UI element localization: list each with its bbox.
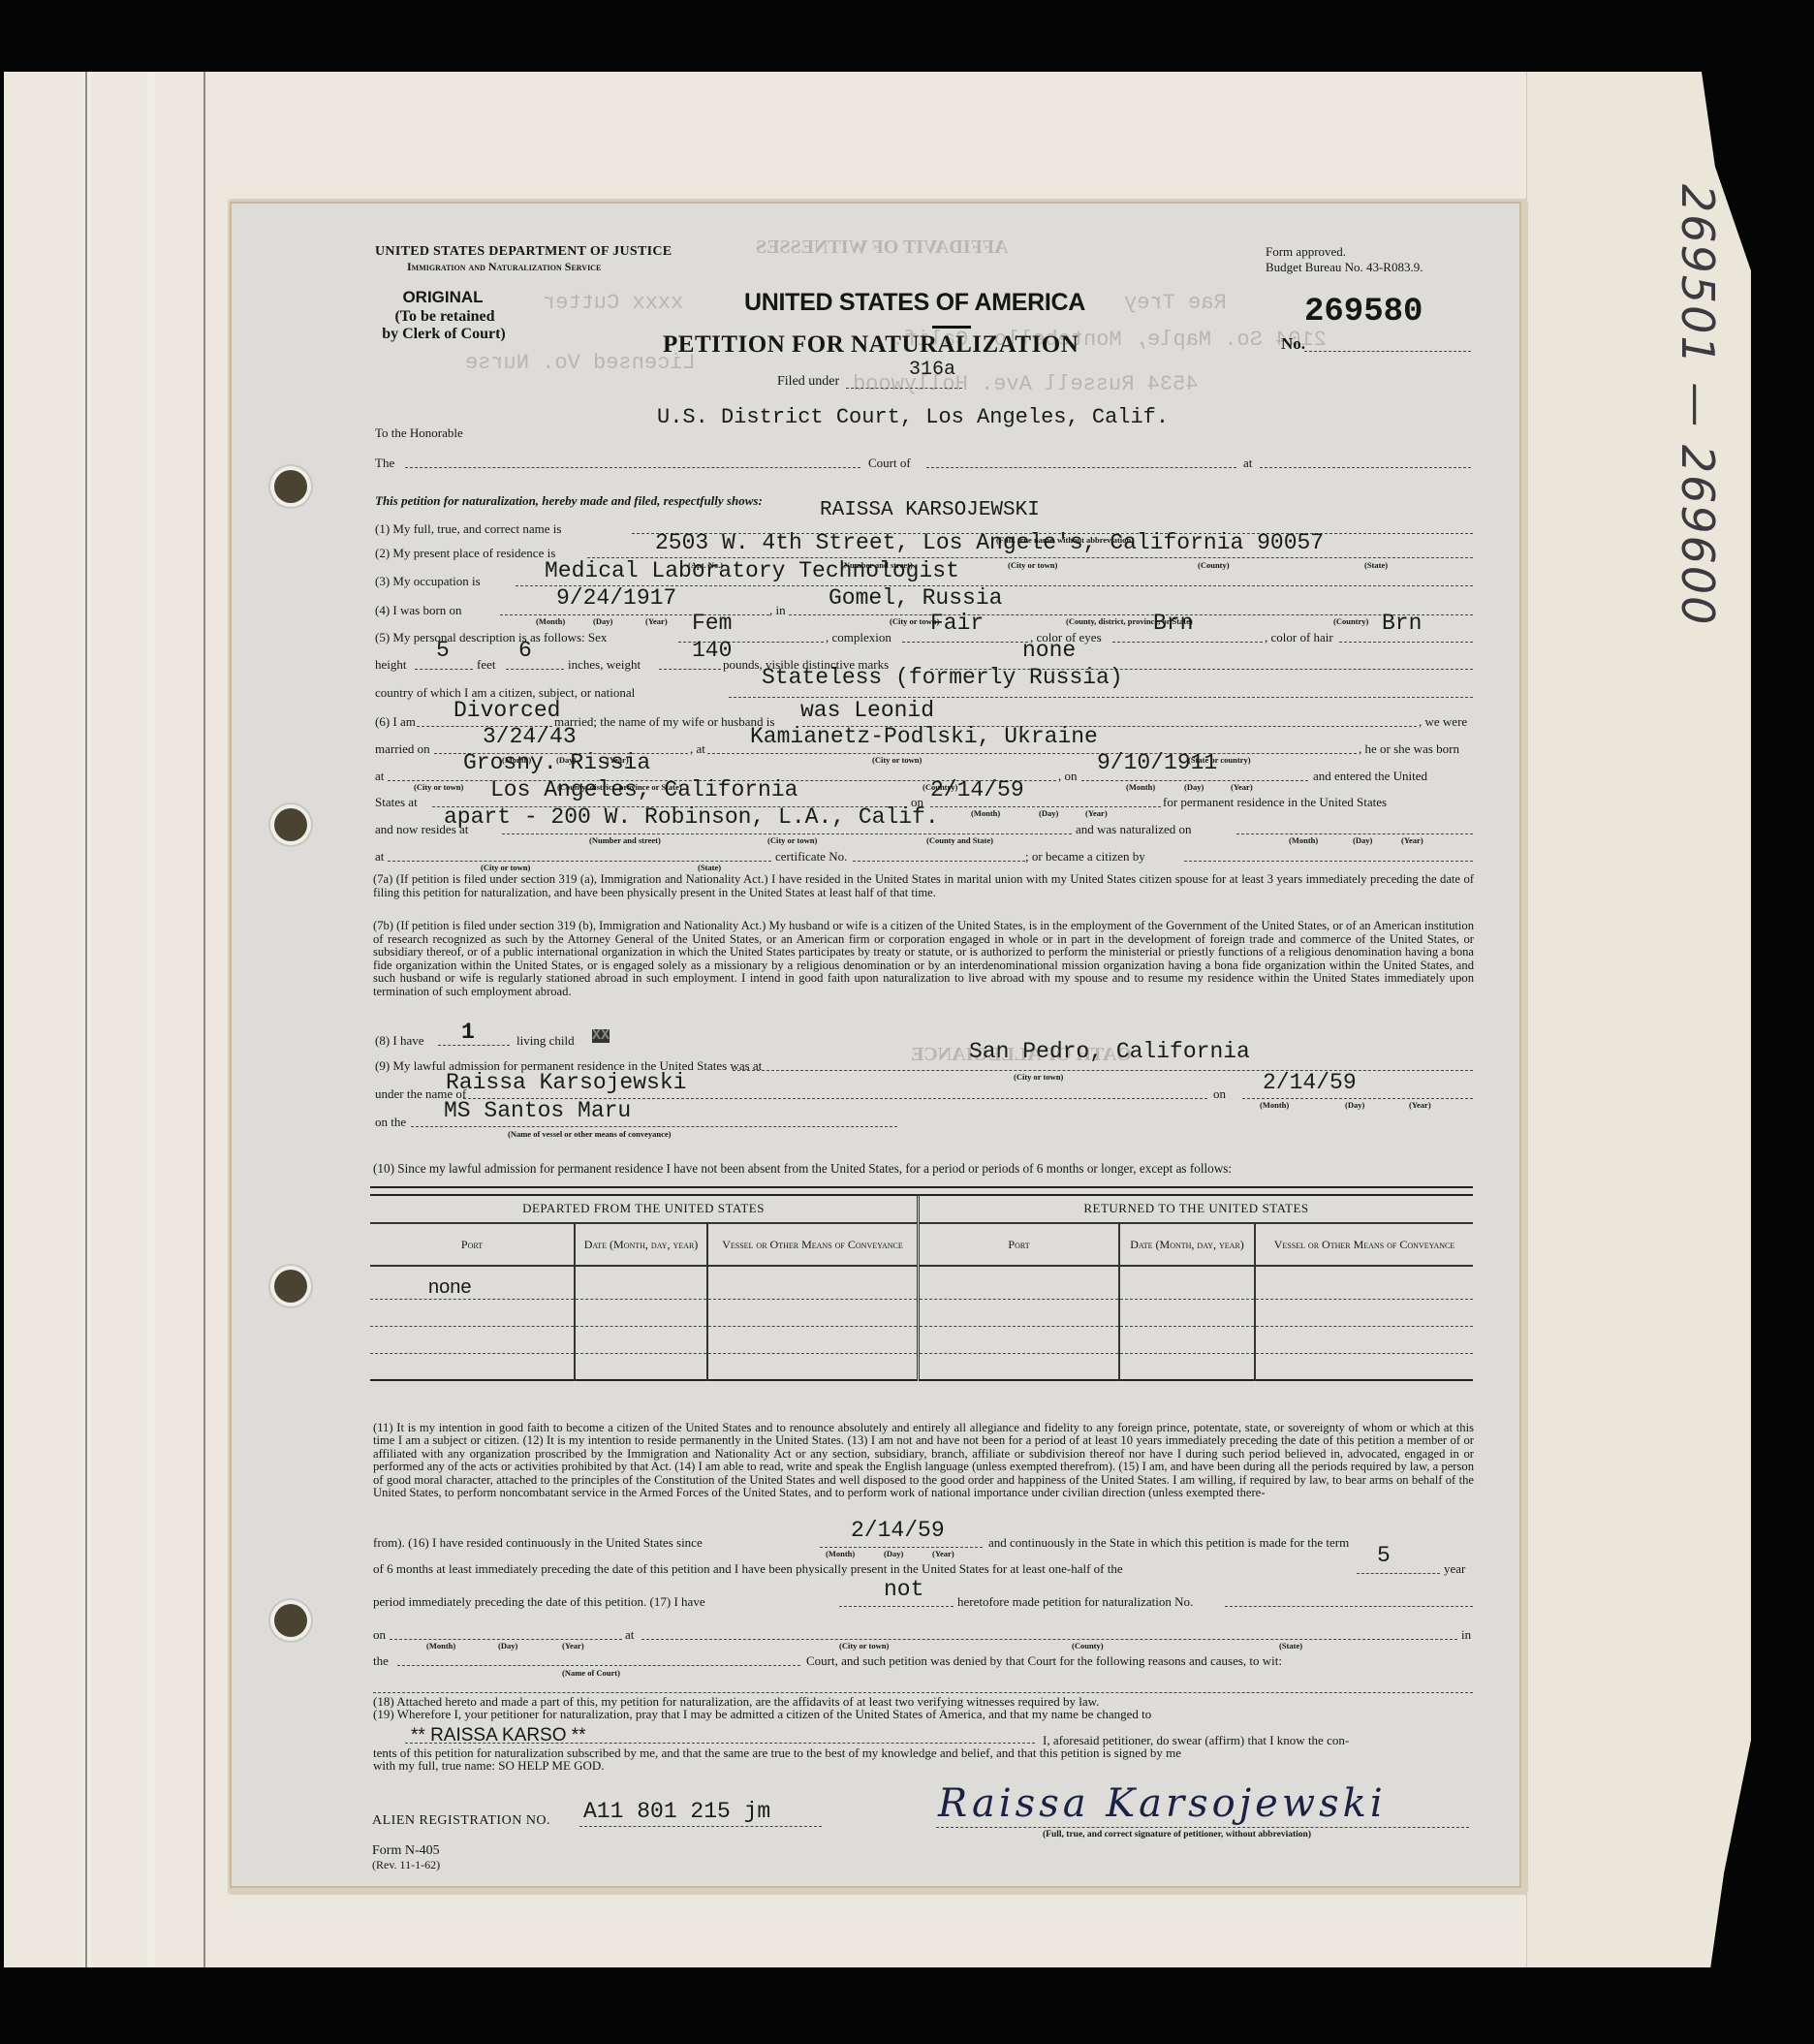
folder-spine-crease bbox=[203, 72, 205, 1967]
permanent-residence-label: for permanent residence in the United St… bbox=[1163, 795, 1387, 810]
hint-year: (Year) bbox=[645, 616, 668, 626]
hint-day: (Day) bbox=[884, 1549, 903, 1558]
height-feet-value: 5 bbox=[436, 638, 450, 663]
vessel-value: MS Santos Maru bbox=[444, 1098, 631, 1123]
became-citizen-label: ; or became a citizen by bbox=[1025, 849, 1145, 865]
returned-header: RETURNED TO THE UNITED STATES bbox=[919, 1194, 1474, 1223]
punch-hole bbox=[274, 808, 307, 841]
section-7a: (7a) (If petition is filed under section… bbox=[373, 873, 1474, 899]
table-cell bbox=[707, 1326, 919, 1353]
court-line bbox=[405, 467, 860, 468]
spouse-birthdate-value: 9/10/1911 bbox=[1097, 750, 1217, 775]
admission-place-line bbox=[733, 1070, 1473, 1071]
ghost-address-2: 4534 Russell Ave. Hollywood bbox=[853, 372, 1198, 396]
original-note-2: by Clerk of Court) bbox=[366, 326, 521, 343]
hint-month: (Month) bbox=[426, 1641, 455, 1651]
in-label: in bbox=[1461, 1627, 1471, 1643]
table-cell bbox=[575, 1326, 707, 1353]
signature-line bbox=[936, 1827, 1469, 1828]
children-line bbox=[438, 1045, 510, 1046]
weight-line bbox=[659, 669, 721, 670]
spouse-born-label: , he or she was born bbox=[1359, 741, 1459, 757]
entry-place-value: Los Angeles, California bbox=[490, 777, 798, 802]
children-label: (8) I have bbox=[375, 1033, 424, 1049]
marital-status-value: Divorced bbox=[453, 698, 560, 723]
alien-registration-label: ALIEN REGISTRATION NO. bbox=[372, 1813, 550, 1829]
department-heading: UNITED STATES DEPARTMENT OF JUSTICE bbox=[375, 244, 672, 260]
form-number: Form N-405 bbox=[372, 1843, 440, 1859]
petition-no-label: No. bbox=[1281, 334, 1305, 354]
height-feet-line bbox=[415, 669, 473, 670]
marriage-place-line bbox=[707, 753, 1357, 754]
inches-weight-label: inches, weight bbox=[568, 657, 641, 673]
marriage-date-value: 3/24/43 bbox=[483, 724, 577, 749]
table-row bbox=[370, 1326, 1473, 1353]
hint-year: (Year) bbox=[1085, 808, 1108, 818]
entered-label: and entered the United bbox=[1313, 769, 1427, 784]
court-name-typed: U.S. District Court, Los Angeles, Calif. bbox=[657, 405, 1169, 429]
naturalized-at-line bbox=[388, 861, 771, 862]
petitioner-signature: Raissa Karsojewski bbox=[938, 1781, 1387, 1826]
hint-month: (Month) bbox=[826, 1549, 855, 1558]
became-citizen-line bbox=[1184, 861, 1473, 862]
column-vessel: Vessel or Other Means of Conveyance bbox=[1255, 1223, 1473, 1266]
swear-line-3: with my full, true name: SO HELP ME GOD. bbox=[373, 1758, 605, 1774]
children-count-value: 1 bbox=[461, 1020, 475, 1045]
ghost-occupation: Licensed Vo. Nurse bbox=[465, 351, 696, 375]
prior-date-line bbox=[390, 1639, 622, 1640]
filed-under-value: 316a bbox=[909, 359, 955, 381]
married-on-label: married on bbox=[375, 741, 430, 757]
certificate-line bbox=[853, 861, 1025, 862]
hint-year: (Year) bbox=[932, 1549, 954, 1558]
height-inches-line bbox=[506, 669, 564, 670]
section-19: (19) Wherefore I, your petitioner for na… bbox=[373, 1707, 1151, 1722]
to-honorable-label: To the Honorable bbox=[375, 425, 463, 441]
departed-header: DEPARTED FROM THE UNITED STATES bbox=[370, 1194, 919, 1223]
original-label: ORIGINAL bbox=[399, 289, 486, 306]
column-vessel: Vessel or Other Means of Conveyance bbox=[707, 1223, 919, 1266]
title-divider bbox=[932, 326, 971, 329]
hint-day: (Day) bbox=[1353, 835, 1372, 845]
complexion-line bbox=[902, 642, 1028, 643]
table-row bbox=[370, 1353, 1473, 1380]
alien-registration-line bbox=[579, 1826, 822, 1827]
service-heading: Immigration and Naturalization Service bbox=[407, 260, 601, 274]
table-cell bbox=[919, 1353, 1120, 1380]
petition-number-line bbox=[1304, 351, 1471, 352]
admission-on-label: on bbox=[1213, 1086, 1226, 1102]
prior-petition-line bbox=[839, 1606, 954, 1607]
on-label: on bbox=[373, 1627, 386, 1643]
column-port: Port bbox=[370, 1223, 575, 1266]
feet-label: feet bbox=[477, 657, 495, 673]
hint-year: (Year) bbox=[562, 1641, 584, 1651]
section-17-post: heretofore made petition for naturalizat… bbox=[957, 1594, 1193, 1610]
marriage-place-value: Kamianetz-Podlski, Ukraine bbox=[750, 724, 1098, 749]
admission-place-value: San Pedro, California bbox=[969, 1039, 1250, 1064]
hint-day: (Day) bbox=[1039, 808, 1058, 818]
prior-court-line bbox=[397, 1665, 800, 1666]
hint-state: (State) bbox=[1279, 1641, 1302, 1651]
table-cell bbox=[919, 1326, 1120, 1353]
hint-day: (Day) bbox=[593, 616, 612, 626]
distinctive-marks-value: none bbox=[1022, 638, 1076, 663]
the-label: the bbox=[373, 1653, 389, 1669]
eye-color-value: Brn bbox=[1153, 611, 1193, 636]
table-cell bbox=[370, 1353, 575, 1380]
punch-hole bbox=[274, 1270, 307, 1303]
hint-county: (County) bbox=[1072, 1641, 1104, 1651]
hint-city: (City or town) bbox=[767, 835, 817, 845]
hair-color-line bbox=[1339, 642, 1473, 643]
column-port: Port bbox=[919, 1223, 1120, 1266]
birth-in-label: , in bbox=[769, 603, 786, 618]
hint-state: (State) bbox=[698, 863, 721, 872]
spouse-at-label: at bbox=[375, 769, 384, 784]
year-label: year bbox=[1444, 1561, 1465, 1577]
on-the-label: on the bbox=[375, 1115, 406, 1130]
form-approved: Form approved. bbox=[1266, 244, 1346, 260]
sex-value: Fem bbox=[692, 611, 732, 636]
birth-place-line bbox=[789, 614, 1473, 615]
table-cell bbox=[1119, 1266, 1255, 1299]
spouse-residence-value: apart - 200 W. Robinson, L.A., Calif. bbox=[444, 804, 939, 830]
resided-since-line bbox=[820, 1547, 983, 1548]
at-label: at bbox=[625, 1627, 634, 1643]
section-16-label: from). (16) I have resided continuously … bbox=[373, 1535, 703, 1551]
table-cell bbox=[370, 1326, 575, 1353]
absence-table: DEPARTED FROM THE UNITED STATES RETURNED… bbox=[370, 1194, 1473, 1381]
residence-hint-state: (State) bbox=[1364, 560, 1388, 570]
ghost-witness-2: xxxx Cutter bbox=[543, 291, 683, 315]
hair-color-label: , color of hair bbox=[1265, 630, 1333, 645]
budget-bureau-number: Budget Bureau No. 43-R083.9. bbox=[1266, 260, 1423, 275]
years-value: 5 bbox=[1377, 1543, 1391, 1568]
court-of-line bbox=[926, 467, 1236, 468]
birth-date-value: 9/24/1917 bbox=[556, 585, 676, 611]
alien-registration-value: A11 801 215 jm bbox=[583, 1799, 770, 1824]
table-cell bbox=[575, 1266, 707, 1299]
court-at-line bbox=[1260, 467, 1471, 468]
spouse-residence-line bbox=[502, 833, 1072, 834]
citizenship-value: Stateless (formerly Russia) bbox=[762, 665, 1123, 690]
hint-number-street: (Number and street) bbox=[589, 835, 661, 845]
prior-petition-no-line bbox=[1225, 1606, 1473, 1607]
hair-color-value: Brn bbox=[1382, 611, 1422, 636]
spouse-birthplace-value: Grosny. Rissia bbox=[463, 750, 650, 775]
table-cell bbox=[919, 1299, 1120, 1326]
admission-date-value: 2/14/59 bbox=[1263, 1070, 1357, 1095]
we-were-label: , we were bbox=[1419, 714, 1467, 730]
column-date: Date (Month, day, year) bbox=[575, 1223, 707, 1266]
struck-text: XX bbox=[592, 1029, 610, 1043]
vessel-line bbox=[411, 1126, 897, 1127]
full-name-label: (1) My full, true, and correct name is bbox=[375, 521, 561, 537]
prior-place-line bbox=[641, 1639, 1457, 1640]
table-cell bbox=[1119, 1326, 1255, 1353]
now-resides-label: and now resides at bbox=[375, 822, 468, 837]
spouse-name-value: was Leonid bbox=[800, 698, 934, 723]
vessel-hint: (Name of vessel or other means of convey… bbox=[508, 1129, 671, 1139]
hint-day: (Day) bbox=[498, 1641, 517, 1651]
punch-hole bbox=[274, 470, 307, 503]
spouse-birthdate-line bbox=[1081, 780, 1308, 781]
name-of-court-hint: (Name of Court) bbox=[562, 1668, 620, 1678]
table-cell bbox=[919, 1266, 1120, 1299]
denied-text: Court, and such petition was denied by t… bbox=[806, 1653, 1282, 1669]
hint-city: (City or town) bbox=[839, 1641, 889, 1651]
filed-under-label: Filed under bbox=[777, 374, 839, 390]
country-title: UNITED STATES OF AMERICA bbox=[744, 289, 1085, 317]
admission-name-value: Raissa Karsojewski bbox=[446, 1070, 686, 1095]
section-7b: (7b) (If petition is filed under section… bbox=[373, 920, 1474, 999]
table-row bbox=[370, 1299, 1473, 1326]
height-inches-value: 6 bbox=[518, 638, 532, 663]
table-cell bbox=[575, 1353, 707, 1380]
admission-date-line bbox=[1242, 1098, 1473, 1099]
years-line bbox=[1357, 1573, 1440, 1574]
at-label: at bbox=[1243, 456, 1252, 471]
hint-country: (Country) bbox=[1333, 616, 1368, 626]
residence-label: (2) My present place of residence is bbox=[375, 546, 555, 561]
table-cell bbox=[707, 1266, 919, 1299]
hint-city: (City or town) bbox=[1014, 1072, 1063, 1082]
hint-month: (Month) bbox=[1289, 835, 1318, 845]
complexion-value: Fair bbox=[930, 611, 984, 636]
table-cell bbox=[370, 1299, 575, 1326]
ghost-affidavit-heading: AFFIDAVIT OF WITNESSES bbox=[756, 236, 1008, 259]
hint-county-state: (County and State) bbox=[926, 835, 993, 845]
hint-month: (Month) bbox=[536, 616, 565, 626]
table-cell bbox=[1255, 1353, 1473, 1380]
signature-hint: (Full, true, and correct signature of pe… bbox=[1043, 1830, 1311, 1840]
spouse-on-label: , on bbox=[1058, 769, 1078, 784]
resided-since-value: 2/14/59 bbox=[851, 1518, 945, 1543]
height-label: height bbox=[375, 657, 407, 673]
table-cell bbox=[1255, 1299, 1473, 1326]
the-label: The bbox=[375, 456, 394, 471]
table-cell bbox=[575, 1299, 707, 1326]
eye-color-line bbox=[1112, 642, 1263, 643]
occupation-value: Medical Laboratory Technologist bbox=[545, 558, 959, 583]
table-cell bbox=[1255, 1266, 1473, 1299]
form-revision: (Rev. 11-1-62) bbox=[372, 1858, 440, 1872]
naturalized-date-line bbox=[1236, 833, 1473, 834]
marital-label: (6) I am bbox=[375, 714, 416, 730]
hint-city: (City or town) bbox=[872, 755, 922, 765]
new-name-line bbox=[405, 1743, 1035, 1744]
hint-year: (Year) bbox=[1231, 782, 1253, 792]
section-16-line2: of 6 months at least immediately precedi… bbox=[373, 1561, 1123, 1577]
hint-month: (Month) bbox=[971, 808, 1000, 818]
table-cell bbox=[707, 1353, 919, 1380]
table-cell: none bbox=[370, 1266, 575, 1299]
hint-month: (Month) bbox=[1260, 1100, 1289, 1110]
petition-intro: This petition for naturalization, hereby… bbox=[375, 493, 763, 509]
birth-place-value: Gomel, Russia bbox=[829, 585, 1002, 611]
full-name-value: RAISSA KARSOJEWSKI bbox=[820, 499, 1040, 521]
reasons-line bbox=[373, 1692, 1473, 1693]
hint-city: (City or town) bbox=[481, 863, 530, 872]
sections-11-to-15: (11) It is my intention in good faith to… bbox=[373, 1422, 1474, 1499]
table-row: none bbox=[370, 1266, 1473, 1299]
complexion-label: , complexion bbox=[826, 630, 891, 645]
description-label: (5) My personal description is as follow… bbox=[375, 630, 607, 645]
folder-spine-highlight bbox=[147, 72, 155, 1967]
table-cell bbox=[1119, 1299, 1255, 1326]
court-of-label: Court of bbox=[868, 456, 911, 471]
folder-tab-label: 269501 — 269600 bbox=[1672, 184, 1724, 626]
occupation-label: (3) My occupation is bbox=[375, 574, 481, 589]
birth-date-label: (4) I was born on bbox=[375, 603, 462, 618]
petition-number: 269580 bbox=[1304, 294, 1423, 330]
section-16-mid: and continuously in the State in which t… bbox=[988, 1535, 1349, 1551]
hint-day: (Day) bbox=[1184, 782, 1204, 792]
living-child-label: living child bbox=[516, 1033, 575, 1049]
residence-hint-county: (County) bbox=[1198, 560, 1230, 570]
hint-year: (Year) bbox=[1409, 1100, 1431, 1110]
at-label: at bbox=[375, 849, 384, 865]
ghost-witness-1: Rae Trey bbox=[1124, 291, 1227, 315]
prior-petition-value: not bbox=[884, 1577, 923, 1602]
folder-spine-crease bbox=[85, 72, 87, 1967]
table-cell bbox=[1119, 1353, 1255, 1380]
marital-mid-label: married; the name of my wife or husband … bbox=[554, 714, 774, 730]
entry-date-value: 2/14/59 bbox=[930, 777, 1024, 802]
column-date: Date (Month, day, year) bbox=[1119, 1223, 1255, 1266]
filed-under-line bbox=[846, 388, 962, 389]
punch-hole bbox=[274, 1604, 307, 1637]
hint-day: (Day) bbox=[1345, 1100, 1364, 1110]
entry-date-line bbox=[930, 806, 1161, 807]
residence-hint-city: (City or town) bbox=[1008, 560, 1057, 570]
hint-city: (City or town) bbox=[414, 782, 463, 792]
table-cell bbox=[707, 1299, 919, 1326]
section-17-label: period immediately preceding the date of… bbox=[373, 1594, 705, 1610]
form-title: PETITION FOR NATURALIZATION bbox=[663, 331, 1079, 359]
certificate-label: certificate No. bbox=[775, 849, 847, 865]
hint-month: (Month) bbox=[1126, 782, 1155, 792]
naturalized-label: and was naturalized on bbox=[1076, 822, 1191, 837]
original-note-1: (To be retained bbox=[372, 308, 517, 326]
residence-value: 2503 W. 4th Street, Los Angele's, Califo… bbox=[655, 530, 1324, 555]
hint-year: (Year) bbox=[1401, 835, 1423, 845]
states-at-label: States at bbox=[375, 795, 418, 810]
section-10: (10) Since my lawful admission for perma… bbox=[373, 1161, 1232, 1177]
table-cell bbox=[1255, 1326, 1473, 1353]
married-at-label: , at bbox=[690, 741, 705, 757]
